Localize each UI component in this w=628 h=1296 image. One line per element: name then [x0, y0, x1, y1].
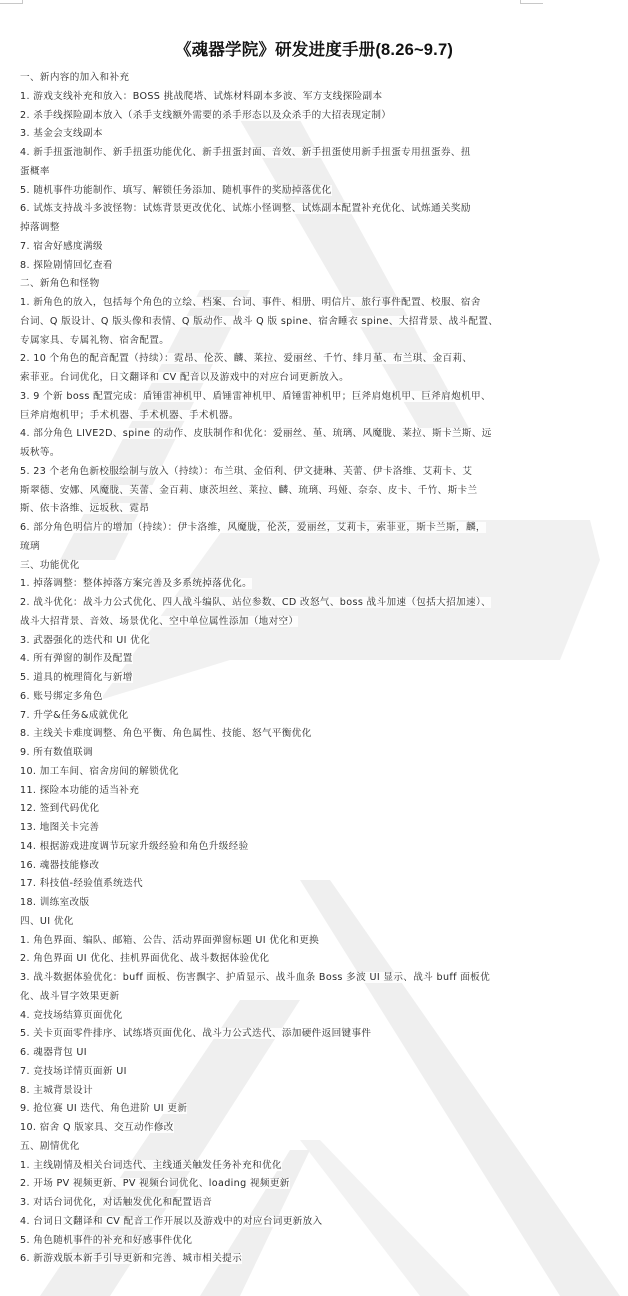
list-item: 1. 游戏支线补充和放入：BOSS 挑战爬塔、试炼材料副本多波、军方支线探险副本 [20, 88, 540, 107]
list-item-text: 3. 对话台词优化，对话触发优化和配置语音 [20, 1197, 212, 1208]
list-item: 3. 战斗数据体验优化：buff 面板、伤害飘字、护盾显示、战斗血条 Boss … [20, 969, 540, 988]
list-item: 1. 角色界面、编队、邮箱、公告、活动界面弹窗标题 UI 优化和更换 [20, 932, 540, 951]
list-item: 5. 道具的梳理简化与新增 [20, 669, 540, 688]
list-item: 4. 所有弹窗的制作及配置 [20, 650, 540, 669]
list-item: 6. 新游戏版本新手引导更新和完善、城市相关提示 [20, 1250, 540, 1269]
list-item-text: 4. 所有弹窗的制作及配置 [20, 653, 133, 664]
list-item: 10. 加工车间、宿舍房间的解锁优化 [20, 763, 540, 782]
list-item: 3. 武器强化的迭代和 UI 优化 [20, 632, 540, 651]
list-item: 4. 部分角色 LIVE2D、spine 的动作、皮肤制作和优化：爱丽丝、堇、琉… [20, 425, 540, 444]
list-item: 2. 开场 PV 视频更新、PV 视频台词优化、loading 视频更新 [20, 1175, 540, 1194]
list-item: 4. 台词日文翻译和 CV 配音工作开展以及游戏中的对应台词更新放入 [20, 1213, 540, 1232]
list-item: 5. 23 个老角色新校服绘制与放入（持续）：布兰琪、金佰利、伊文捷琳、芙蕾、伊… [20, 463, 540, 482]
list-item-text: 5. 道具的梳理简化与新增 [20, 672, 133, 683]
list-item: 2. 10 个角色的配音配置（持续）：霓昂、伦茨、麟、莱拉、爱丽丝、千竹、绯月堇… [20, 350, 540, 369]
list-item: 8. 主线关卡难度调整、角色平衡、角色属性、技能、怒气平衡优化 [20, 725, 540, 744]
list-item: 6. 魂器背包 UI [20, 1044, 540, 1063]
list-item-text: 6. 账号绑定多角色 [20, 691, 103, 702]
list-item: 14. 根据游戏进度调节玩家升级经验和角色升级经验 [20, 838, 540, 857]
list-item-text: 6. 部分角色明信片的增加（持续）：伊卡洛维，风魔胧，伦茨，爱丽丝，艾莉卡，索菲… [20, 522, 486, 533]
list-item: 1. 新角色的放入，包括每个角色的立绘、档案、台词、事件、相册、明信片、旅行事件… [20, 294, 540, 313]
list-item-text: 1. 新角色的放入，包括每个角色的立绘、档案、台词、事件、相册、明信片、旅行事件… [20, 297, 481, 308]
list-item-text: 1. 游戏支线补充和放入：BOSS 挑战爬塔、试炼材料副本多波、军方支线探险副本 [20, 91, 382, 102]
list-item: 3. 基金会支线副本 [20, 125, 540, 144]
list-item-text: 12. 签到代码优化 [20, 803, 99, 814]
section-heading: 三、功能优化 [20, 557, 540, 576]
list-item: 巨斧肩炮机甲；手术机器、手术机器、手术机器。 [20, 407, 540, 426]
list-item: 9. 所有数值联调 [20, 744, 540, 763]
list-item-text: 1. 掉落调整：整体掉落方案完善及多系统掉落优化。 [20, 578, 252, 589]
list-item: 掉落调整 [20, 219, 540, 238]
page-margin-mark-top-right [520, 0, 543, 4]
list-item: 7. 竞技场详情页面新 UI [20, 1063, 540, 1082]
list-item-text: 11. 探险本功能的适当补充 [20, 785, 139, 796]
list-item-text: 14. 根据游戏进度调节玩家升级经验和角色升级经验 [20, 841, 249, 852]
list-item-text: 8. 主城背景设计 [20, 1085, 93, 1096]
list-item: 7. 宿舍好感度满级 [20, 238, 540, 257]
section-heading-text: 五、剧情优化 [20, 1141, 80, 1152]
list-item-text: 13. 地图关卡完善 [20, 822, 99, 833]
list-item: 18. 训练室改版 [20, 894, 540, 913]
list-item-text: 蛋概率 [20, 166, 50, 177]
section-heading: 二、新角色和怪物 [20, 275, 540, 294]
list-item-text: 4. 部分角色 LIVE2D、spine 的动作、皮肤制作和优化：爱丽丝、堇、琉… [20, 428, 492, 439]
list-item-text: 巨斧肩炮机甲；手术机器、手术机器、手术机器。 [20, 410, 239, 421]
list-item-text: 专属家具、专属礼物、宿舍配置。 [20, 335, 169, 346]
list-item: 5. 随机事件功能制作、填写、解锁任务添加、随机事件的奖励掉落优化 [20, 182, 540, 201]
list-item: 琉璃 [20, 538, 540, 557]
list-item-text: 1. 角色界面、编队、邮箱、公告、活动界面弹窗标题 UI 优化和更换 [20, 935, 319, 946]
list-item-text: 坂秋等。 [20, 447, 60, 458]
list-item-text: 2. 战斗优化：战斗力公式优化、四人战斗编队、站位参数、CD 改怒气、boss … [20, 597, 491, 608]
list-item: 17. 科技值-经验值系统迭代 [20, 875, 540, 894]
list-item-text: 5. 角色随机事件的补充和好感事件优化 [20, 1235, 192, 1246]
list-item-text: 17. 科技值-经验值系统迭代 [20, 878, 143, 889]
page-margin-mark-top-left [0, 0, 23, 4]
list-item-text: 3. 武器强化的迭代和 UI 优化 [20, 635, 150, 646]
list-item-text: 9. 抢位赛 UI 迭代、角色进阶 UI 更新 [20, 1103, 187, 1114]
list-item-text: 18. 训练室改版 [20, 897, 89, 908]
list-item: 5. 角色随机事件的补充和好感事件优化 [20, 1232, 540, 1251]
list-item: 3. 对话台词优化，对话触发优化和配置语音 [20, 1194, 540, 1213]
list-item-text: 5. 23 个老角色新校服绘制与放入（持续）：布兰琪、金佰利、伊文捷琳、芙蕾、伊… [20, 466, 472, 477]
list-item-text: 10. 宿舍 Q 版家具、交互动作修改 [20, 1122, 174, 1133]
list-item: 6. 部分角色明信片的增加（持续）：伊卡洛维，风魔胧，伦茨，爱丽丝，艾莉卡，索菲… [20, 519, 540, 538]
list-item: 索菲亚。台词优化，日文翻译和 CV 配音以及游戏中的对应台词更新放入。 [20, 369, 540, 388]
list-item-text: 化、战斗冒字效果更新 [20, 991, 119, 1002]
list-item: 8. 主城背景设计 [20, 1082, 540, 1101]
list-item-text: 台词、Q 版设计、Q 版头像和表情、Q 版动作、战斗 Q 版 spine、宿舍睡… [20, 316, 498, 327]
list-item: 2. 杀手线探险副本放入（杀手支线额外需要的杀手形态以及众杀手的大招表现定制） [20, 107, 540, 126]
list-item: 台词、Q 版设计、Q 版头像和表情、Q 版动作、战斗 Q 版 spine、宿舍睡… [20, 313, 540, 332]
list-item: 5. 关卡页面零件排序、试练塔页面优化、战斗力公式迭代、添加硬件返回键事件 [20, 1025, 540, 1044]
list-item-text: 16. 魂器技能修改 [20, 860, 99, 871]
list-item: 16. 魂器技能修改 [20, 857, 540, 876]
list-item-text: 2. 杀手线探险副本放入（杀手支线额外需要的杀手形态以及众杀手的大招表现定制） [20, 110, 391, 121]
list-item-text: 2. 角色界面 UI 优化、挂机界面优化、战斗数据体验优化 [20, 953, 269, 964]
section-heading-text: 一、新内容的加入和补充 [20, 72, 129, 83]
list-item: 6. 账号绑定多角色 [20, 688, 540, 707]
list-item-text: 2. 10 个角色的配音配置（持续）：霓昂、伦茨、麟、莱拉、爱丽丝、千竹、绯月堇… [20, 353, 472, 364]
section-heading-text: 四、UI 优化 [20, 916, 74, 927]
list-item-text: 3. 9 个新 boss 配置完成：盾锤雷神机甲、盾锤雷神机甲、盾锤雷神机甲；巨… [20, 391, 491, 402]
list-item: 7. 升学&任务&成就优化 [20, 707, 540, 726]
list-item: 4. 竞技场结算页面优化 [20, 1007, 540, 1026]
list-item-text: 8. 探险剧情回忆查看 [20, 260, 113, 271]
list-item: 蛋概率 [20, 163, 540, 182]
list-item-text: 3. 战斗数据体验优化：buff 面板、伤害飘字、护盾显示、战斗血条 Boss … [20, 972, 490, 983]
list-item: 11. 探险本功能的适当补充 [20, 782, 540, 801]
list-item-text: 6. 魂器背包 UI [20, 1047, 87, 1058]
section-heading: 一、新内容的加入和补充 [20, 69, 540, 88]
list-item: 1. 掉落调整：整体掉落方案完善及多系统掉落优化。 [20, 575, 540, 594]
section-heading: 五、剧情优化 [20, 1138, 540, 1157]
list-item-text: 9. 所有数值联调 [20, 747, 93, 758]
list-item: 坂秋等。 [20, 444, 540, 463]
list-item: 化、战斗冒字效果更新 [20, 988, 540, 1007]
list-item-text: 掉落调整 [20, 222, 60, 233]
list-item: 2. 角色界面 UI 优化、挂机界面优化、战斗数据体验优化 [20, 950, 540, 969]
list-item-text: 7. 升学&任务&成就优化 [20, 710, 128, 721]
list-item-text: 10. 加工车间、宿舍房间的解锁优化 [20, 766, 179, 777]
section-heading-text: 二、新角色和怪物 [20, 278, 100, 289]
list-item: 13. 地图关卡完善 [20, 819, 540, 838]
list-item: 3. 9 个新 boss 配置完成：盾锤雷神机甲、盾锤雷神机甲、盾锤雷神机甲；巨… [20, 388, 540, 407]
section-heading: 四、UI 优化 [20, 913, 540, 932]
list-item-text: 战斗大招背景、音效、场景优化、空中单位属性添加（地对空） [20, 616, 298, 627]
list-item-text: 2. 开场 PV 视频更新、PV 视频台词优化、loading 视频更新 [20, 1178, 290, 1189]
list-item: 6. 试炼支持战斗多波怪物：试炼背景更改优化、试炼小怪调整、试炼副本配置补充优化… [20, 200, 540, 219]
list-item-text: 琉璃 [20, 541, 40, 552]
list-item: 1. 主线剧情及相关台词迭代、主线通关触发任务补充和优化 [20, 1157, 540, 1176]
list-item-text: 斯、依卡洛维、远坂秋、霓昂 [20, 503, 149, 514]
list-item-text: 5. 随机事件功能制作、填写、解锁任务添加、随机事件的奖励掉落优化 [20, 185, 332, 196]
list-item: 战斗大招背景、音效、场景优化、空中单位属性添加（地对空） [20, 613, 540, 632]
list-item: 4. 新手扭蛋池制作、新手扭蛋功能优化、新手扭蛋封面、音效、新手扭蛋使用新手扭蛋… [20, 144, 540, 163]
list-item-text: 5. 关卡页面零件排序、试练塔页面优化、战斗力公式迭代、添加硬件返回键事件 [20, 1028, 371, 1039]
list-item-text: 3. 基金会支线副本 [20, 128, 103, 139]
list-item: 10. 宿舍 Q 版家具、交互动作修改 [20, 1119, 540, 1138]
list-item: 斯翠德、安娜、风魔胧、芙蕾、金百莉、康茨坦丝、莱拉、麟、琉璃、玛娅、奈奈、皮卡、… [20, 482, 540, 501]
list-item-text: 1. 主线剧情及相关台词迭代、主线通关触发任务补充和优化 [20, 1160, 282, 1171]
list-item-text: 4. 台词日文翻译和 CV 配音工作开展以及游戏中的对应台词更新放入 [20, 1216, 323, 1227]
list-item-text: 8. 主线关卡难度调整、角色平衡、角色属性、技能、怒气平衡优化 [20, 728, 312, 739]
document-title: 《魂器学院》研发进度手册(8.26~9.7) [0, 36, 628, 60]
list-item-text: 6. 试炼支持战斗多波怪物：试炼背景更改优化、试炼小怪调整、试炼副本配置补充优化… [20, 203, 471, 214]
section-heading-text: 三、功能优化 [20, 560, 80, 571]
list-item-text: 4. 竞技场结算页面优化 [20, 1010, 123, 1021]
list-item: 专属家具、专属礼物、宿舍配置。 [20, 332, 540, 351]
list-item: 12. 签到代码优化 [20, 800, 540, 819]
list-item-text: 7. 竞技场详情页面新 UI [20, 1066, 127, 1077]
list-item-text: 4. 新手扭蛋池制作、新手扭蛋功能优化、新手扭蛋封面、音效、新手扭蛋使用新手扭蛋… [20, 147, 471, 158]
list-item: 9. 抢位赛 UI 迭代、角色进阶 UI 更新 [20, 1100, 540, 1119]
list-item-text: 索菲亚。台词优化，日文翻译和 CV 配音以及游戏中的对应台词更新放入。 [20, 372, 349, 383]
document-body: 一、新内容的加入和补充1. 游戏支线补充和放入：BOSS 挑战爬塔、试炼材料副本… [20, 69, 540, 1269]
list-item-text: 斯翠德、安娜、风魔胧、芙蕾、金百莉、康茨坦丝、莱拉、麟、琉璃、玛娅、奈奈、皮卡、… [20, 485, 477, 496]
list-item-text: 6. 新游戏版本新手引导更新和完善、城市相关提示 [20, 1253, 242, 1264]
list-item: 2. 战斗优化：战斗力公式优化、四人战斗编队、站位参数、CD 改怒气、boss … [20, 594, 540, 613]
list-item: 8. 探险剧情回忆查看 [20, 257, 540, 276]
list-item: 斯、依卡洛维、远坂秋、霓昂 [20, 500, 540, 519]
list-item-text: 7. 宿舍好感度满级 [20, 241, 103, 252]
